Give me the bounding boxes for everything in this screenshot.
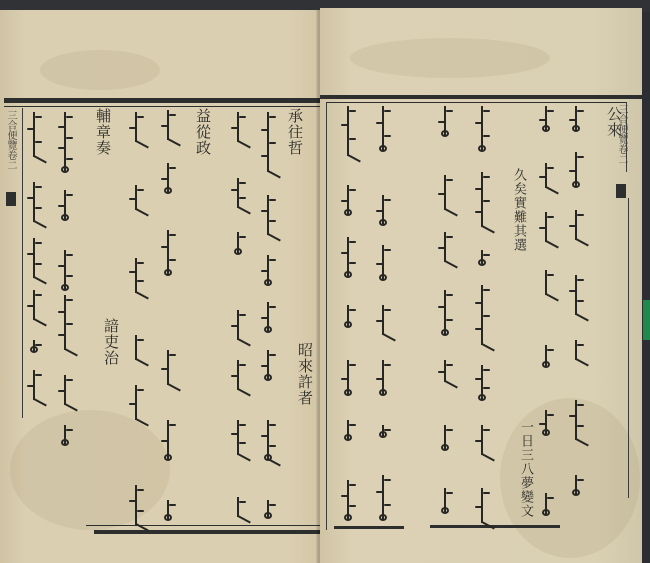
manchu-word — [159, 110, 177, 140]
manchu-word — [567, 152, 585, 187]
manchu-word — [229, 112, 247, 142]
manchu-word — [473, 250, 491, 265]
manchu-word — [127, 112, 145, 142]
manchu-word — [339, 360, 357, 395]
manchu-word — [56, 112, 74, 172]
chinese-gloss: 昭來許者 — [297, 342, 313, 406]
manchu-word — [25, 182, 43, 222]
manchu-word — [339, 106, 357, 156]
manchu-word — [537, 410, 555, 435]
manchu-word — [229, 360, 247, 390]
chinese-gloss: 益從政 — [195, 108, 211, 156]
chinese-gloss: 公來 — [606, 106, 622, 138]
manchu-word — [229, 310, 247, 340]
manchu-word — [374, 106, 392, 151]
manchu-word — [127, 185, 145, 210]
fore-edge-title: 三合便覽卷二 — [3, 110, 18, 170]
manchu-word — [229, 497, 247, 517]
fore-edge-line — [628, 198, 629, 498]
manchu-word — [259, 302, 277, 332]
manchu-word — [159, 420, 177, 460]
manchu-word — [159, 230, 177, 275]
manchu-word — [473, 488, 491, 523]
top-border-rule — [320, 95, 642, 99]
manchu-word — [436, 232, 454, 262]
manchu-word — [127, 385, 145, 420]
manchu-word — [537, 345, 555, 367]
paper-stain — [350, 38, 550, 78]
manchu-word — [259, 500, 277, 518]
bottom-border-rule — [430, 525, 560, 528]
manchu-word — [25, 290, 43, 320]
manchu-word — [127, 335, 145, 360]
manchu-word — [537, 163, 555, 188]
manchu-word — [436, 175, 454, 210]
manchu-word — [339, 185, 357, 215]
manchu-word — [229, 178, 247, 208]
chinese-gloss: 承往哲 — [287, 108, 303, 156]
manchu-word — [374, 195, 392, 225]
manchu-word — [537, 270, 555, 295]
manchu-word — [159, 163, 177, 193]
bottom-border-rule-thick — [94, 530, 320, 534]
manchu-word — [25, 238, 43, 278]
manchu-word — [25, 340, 43, 352]
chinese-gloss: 一日三八夢變文 — [517, 420, 533, 518]
manchu-word — [25, 370, 43, 400]
manchu-word — [537, 493, 555, 515]
manchu-word — [56, 250, 74, 290]
manchu-word — [339, 305, 357, 327]
manchu-word — [25, 112, 43, 157]
manchu-word — [567, 340, 585, 360]
manchu-word — [339, 480, 357, 520]
top-inner-rule — [326, 102, 626, 103]
bottom-border-rule — [86, 525, 320, 526]
left-frame-line — [326, 102, 327, 530]
manchu-word — [567, 475, 585, 495]
manchu-word — [259, 255, 277, 285]
manchu-word — [259, 420, 277, 460]
manchu-word — [567, 275, 585, 315]
manchu-word — [229, 232, 247, 254]
manchu-word — [259, 350, 277, 380]
fore-edge-line — [22, 108, 23, 418]
manchu-word — [374, 475, 392, 520]
top-border-rule — [4, 98, 320, 103]
manchu-word — [436, 290, 454, 335]
manchu-word — [567, 210, 585, 240]
manchu-word — [56, 425, 74, 445]
manchu-word — [473, 425, 491, 455]
paper-stain — [40, 50, 160, 90]
manchu-word — [127, 485, 145, 525]
chinese-gloss: 久矣實難其選 — [510, 168, 526, 252]
manchu-word — [229, 420, 247, 455]
fishtail-block — [616, 184, 626, 198]
paper-stain — [10, 410, 170, 530]
manchu-word — [339, 237, 357, 277]
chinese-gloss: 諳吏治 — [103, 318, 119, 366]
manchu-word — [374, 305, 392, 335]
manchu-word — [537, 212, 555, 242]
right-page: 三合便覽卷二 公來久矣實難其選一日三八夢變文 — [320, 8, 642, 563]
manchu-word — [339, 420, 357, 440]
chinese-gloss: 輔章奏 — [95, 108, 111, 156]
manchu-word — [159, 350, 177, 385]
manchu-word — [259, 195, 277, 235]
left-page: 三合便覽卷二 承往哲昭來許者益從政輔章奏諳吏治 — [0, 10, 320, 563]
manchu-word — [436, 106, 454, 136]
manchu-word — [473, 172, 491, 227]
manchu-word — [374, 360, 392, 395]
fishtail-block — [6, 192, 16, 206]
manchu-word — [127, 258, 145, 293]
manchu-word — [567, 400, 585, 440]
manchu-word — [473, 106, 491, 151]
manchu-word — [473, 365, 491, 400]
manchu-word — [56, 295, 74, 350]
manchu-word — [374, 245, 392, 280]
manchu-word — [374, 425, 392, 437]
manchu-word — [537, 106, 555, 131]
top-inner-rule — [4, 106, 320, 107]
manchu-word — [56, 375, 74, 405]
green-edge-strip — [643, 300, 650, 340]
manchu-word — [436, 425, 454, 450]
manchu-word — [56, 190, 74, 220]
manchu-word — [259, 112, 277, 172]
manchu-word — [159, 500, 177, 520]
manchu-word — [436, 488, 454, 513]
manchu-word — [567, 106, 585, 131]
manchu-word — [473, 285, 491, 345]
manchu-word — [436, 360, 454, 382]
bottom-border-rule — [334, 526, 404, 529]
